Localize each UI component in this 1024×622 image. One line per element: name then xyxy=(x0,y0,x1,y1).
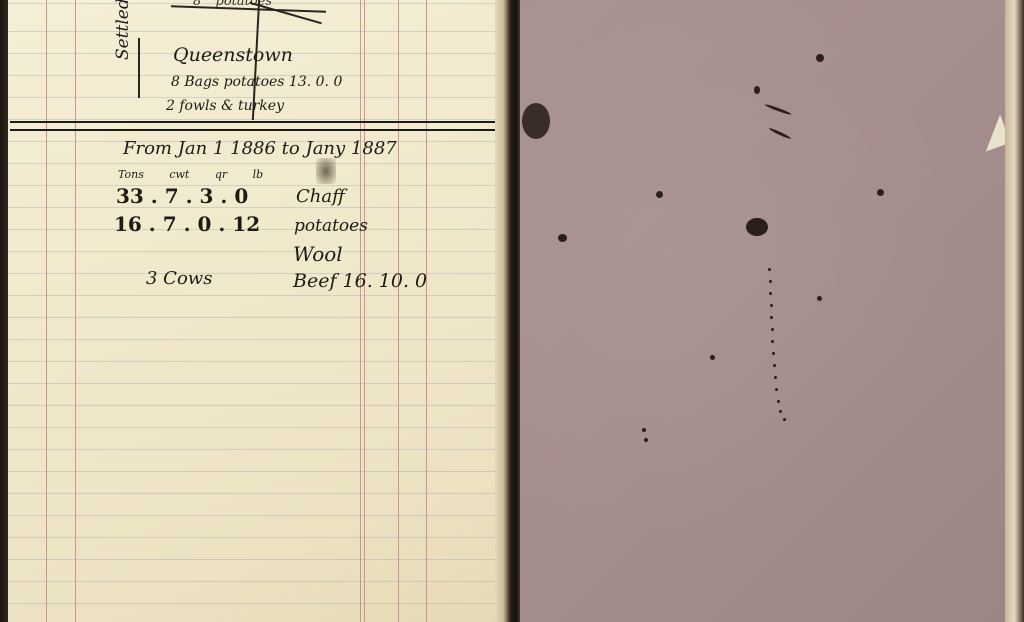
ink-spot xyxy=(775,388,778,391)
entry-line: 8 Bags potatoes 13. 0. 0 xyxy=(171,74,342,90)
ink-spot xyxy=(773,364,776,367)
book-right-edge xyxy=(1005,0,1024,622)
ink-spot xyxy=(754,222,760,228)
ink-spot xyxy=(769,280,772,283)
strike-line xyxy=(249,2,322,25)
ink-spot xyxy=(769,292,772,295)
ink-spot xyxy=(774,376,777,379)
margin-rule xyxy=(364,0,365,622)
ink-spot xyxy=(642,428,646,432)
ink-spot xyxy=(779,410,782,413)
row-values: 3 Cows xyxy=(146,268,212,289)
section-rule xyxy=(10,121,500,123)
ink-spot xyxy=(754,86,760,94)
ink-spot xyxy=(817,296,822,301)
ink-spot xyxy=(558,234,567,242)
settled-bracket xyxy=(138,38,140,98)
column-units: Tons cwt qr lb xyxy=(118,168,263,181)
margin-rule xyxy=(46,0,47,622)
margin-rule xyxy=(360,0,361,622)
margin-rule xyxy=(75,0,76,622)
ink-smudge xyxy=(316,158,336,184)
row-values: 16 . 7 . 0 . 12 xyxy=(114,212,260,236)
row-item: Wool xyxy=(293,242,343,266)
ink-spot xyxy=(816,54,824,62)
ink-spot xyxy=(770,304,773,307)
settled-label: Settled xyxy=(113,0,133,60)
ink-spot xyxy=(772,352,775,355)
ink-spot xyxy=(777,400,780,403)
ink-blot xyxy=(522,103,550,139)
ink-streak xyxy=(764,103,791,115)
margin-rule xyxy=(426,0,427,622)
ink-spot xyxy=(771,328,774,331)
ink-spot xyxy=(768,268,771,271)
ink-spot xyxy=(656,191,663,198)
section-rule xyxy=(10,129,500,131)
ink-spot xyxy=(783,418,786,421)
ink-spot xyxy=(770,316,773,319)
ink-streak xyxy=(768,127,791,140)
ledger-page: 8 " potatoes Settled Queenstown 8 Bags p… xyxy=(8,0,508,622)
ink-spot xyxy=(710,355,715,360)
row-values: 33 . 7 . 3 . 0 xyxy=(116,184,248,208)
ledger-heading: From Jan 1 1886 to Jany 1887 xyxy=(123,138,397,159)
row-item: Beef 16. 10. 0 xyxy=(293,270,427,292)
ink-spot xyxy=(644,438,648,442)
row-item: potatoes xyxy=(294,216,368,236)
row-item: Chaff xyxy=(296,186,345,207)
entry-line: 2 fowls & turkey xyxy=(166,98,284,114)
book-spine xyxy=(495,0,523,622)
endpaper-page xyxy=(520,0,1010,622)
ink-spot xyxy=(771,340,774,343)
ink-spot xyxy=(877,189,884,196)
margin-rule xyxy=(398,0,399,622)
place-name: Queenstown xyxy=(173,44,293,66)
